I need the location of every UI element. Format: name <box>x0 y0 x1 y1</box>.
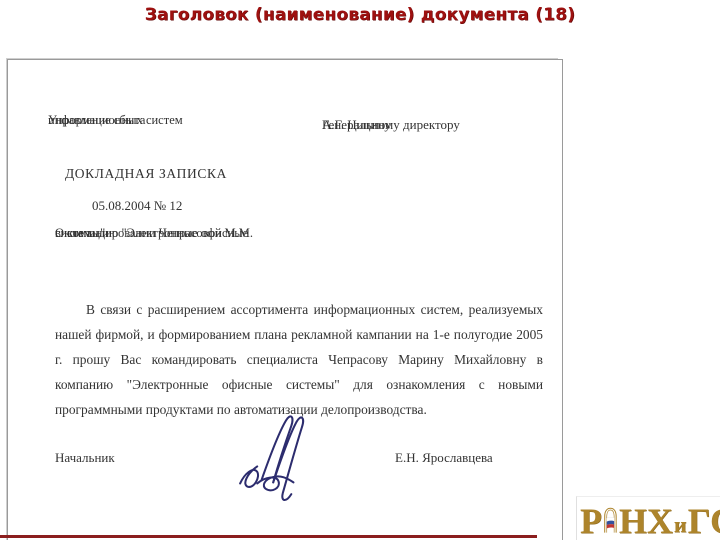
slide-footer-accent-line <box>0 535 537 538</box>
memo-body-paragraph: В связи с расширением ассортимента инфор… <box>55 297 543 422</box>
slide-title: Заголовок (наименование) документа (18) <box>0 5 720 25</box>
logo-letters-gs: ГС <box>688 502 720 540</box>
logo-arch-flag-icon <box>603 499 618 540</box>
presentation-slide: { "slide": { "title": "Заголовок (наимен… <box>0 0 720 540</box>
memo-document: Управление сбыта информационных систем Г… <box>7 59 563 540</box>
subject-line-3: системы" <box>55 226 105 241</box>
signer-position: Начальник <box>55 450 115 466</box>
ranepa-logo: Р НХ и ГС <box>576 496 720 540</box>
logo-letter-r: Р <box>580 502 602 540</box>
date-and-number: 05.08.2004 № 12 <box>92 198 182 214</box>
signer-name: Е.Н. Ярославцева <box>395 450 493 466</box>
document-type-label: ДОКЛАДНАЯ ЗАПИСКА <box>65 166 227 182</box>
addressee-name: А.Г. Цицину <box>322 113 391 137</box>
logo-letters-nh: НХ <box>619 502 673 540</box>
logo-letter-i: и <box>673 510 688 540</box>
handwritten-signature <box>228 412 312 508</box>
department-line-2: информационных систем <box>48 112 183 129</box>
